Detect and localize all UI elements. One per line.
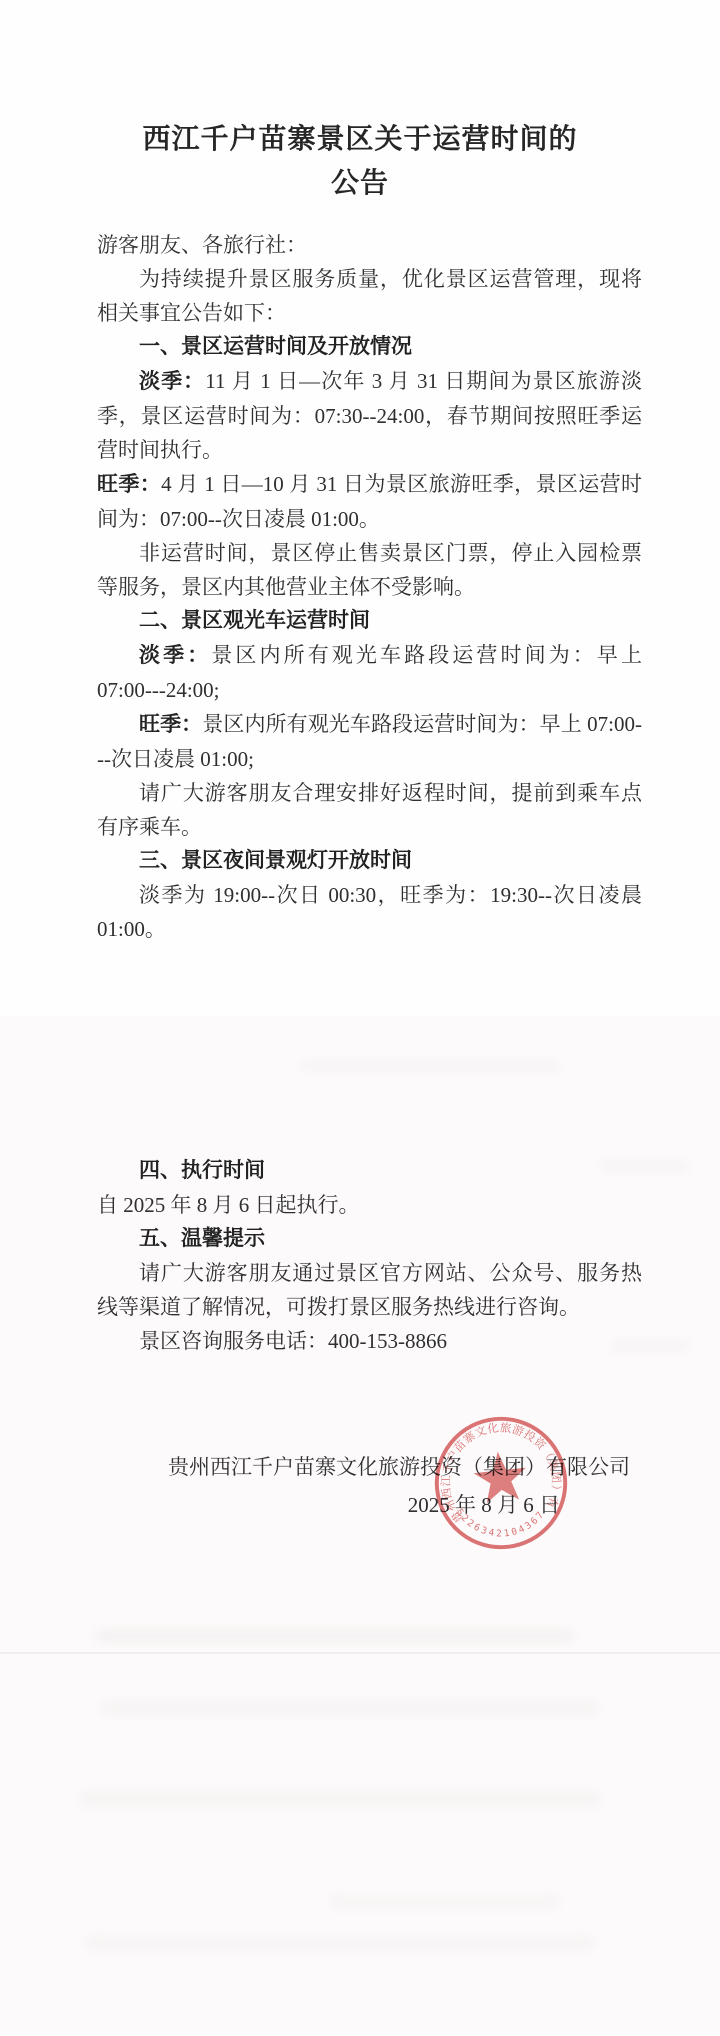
section-4-heading: 四、执行时间 [97,1154,642,1188]
offseason-text: 景区内所有观光车路段运营时间为：早上 [211,643,642,667]
section-1-offseason: 淡季：11 月 1 日—次年 3 月 31 日期间为景区旅游淡季，景区运营时间为… [97,364,642,467]
offseason-label: 淡季： [139,370,205,393]
section-3-text: 淡季为 19:00--次日 00:30，旺季为：19:30--次日凌晨 01:0… [97,878,642,946]
section-2-offseason: 淡季：景区内所有观光车路段运营时间为：早上07:00---24:00; [97,638,642,707]
signature-company: 贵州西江千户苗寨文化旅游投资（集团）有限公司 [0,1448,720,1486]
seal-arc-text: 贵州西江千户苗寨文化旅游投资（集团）有限公司 [414,1396,567,1529]
hotline-line: 景区咨询服务电话：400-153-8866 [97,1324,642,1358]
title-line-1: 西江千户苗寨景区关于运营时间的 [0,118,720,162]
section-3-heading: 三、景区夜间景观灯开放时间 [97,844,642,878]
bleed-through-artifact [80,1790,600,1808]
section-5-text: 请广大游客朋友通过景区官方网站、公众号、服务热线等渠道了解情况，可拨打景区服务热… [97,1256,642,1324]
section-2-note: 请广大游客朋友合理安排好返程时间，提前到乘车点有序乘车。 [97,776,642,844]
seal-graphic: 贵州西江千户苗寨文化旅游投资（集团）有限公司 5226342104367 [414,1396,588,1570]
document-title: 西江千户苗寨景区关于运营时间的 公告 [0,118,720,206]
section-2-peak: 旺季：景区内所有观光车路段运营时间为：早上 07:00---次日凌晨 01:00… [97,707,642,776]
company-seal-stamp: 贵州西江千户苗寨文化旅游投资（集团）有限公司 5226342104367 [414,1396,588,1570]
offseason-label: 淡季： [139,644,211,667]
peak-label: 旺季： [97,473,161,496]
section-2-heading: 二、景区观光车运营时间 [97,604,642,638]
seal-star-icon [472,1449,529,1504]
offseason-time: 07:00---24:00; [97,678,219,702]
page-one-body: 游客朋友、各旅行社： 为持续提升景区服务质量，优化景区运营管理，现将相关事宜公告… [97,228,642,946]
section-1-note: 非运营时间，景区停止售卖景区门票，停止入园检票等服务，景区内其他营业主体不受影响… [97,536,642,604]
intro-paragraph: 为持续提升景区服务质量，优化景区运营管理，现将相关事宜公告如下： [97,262,642,330]
announcement-document: { "colors": { "stamp_red": "#d96262", "i… [0,0,720,2036]
section-1-heading: 一、景区运营时间及开放情况 [97,330,642,364]
section-4-text: 自 2025 年 8 月 6 日起执行。 [97,1188,642,1222]
page-seam-line [0,1652,720,1654]
bleed-through-artifact [300,1060,560,1072]
page-two-body: 四、执行时间 自 2025 年 8 月 6 日起执行。 五、温馨提示 请广大游客… [97,1154,642,1358]
bleed-through-artifact [95,1630,575,1642]
peak-label: 旺季： [139,713,202,736]
title-line-2: 公告 [0,162,720,206]
peak-text: 4 月 1 日—10 月 31 日为景区旅游旺季，景区运营时间为：07:00--… [97,472,642,531]
section-1-peak: 旺季：4 月 1 日—10 月 31 日为景区旅游旺季，景区运营时间为：07:0… [97,467,642,536]
bleed-through-artifact [100,1700,600,1716]
salutation: 游客朋友、各旅行社： [97,228,642,262]
section-5-heading: 五、温馨提示 [97,1222,642,1256]
bleed-through-artifact [330,1895,560,1909]
bleed-through-artifact [85,1935,595,1951]
signature-block: 贵州西江千户苗寨文化旅游投资（集团）有限公司 2025 年 8 月 6 日 [0,1448,720,1524]
signature-date: 2025 年 8 月 6 日 [0,1486,720,1524]
